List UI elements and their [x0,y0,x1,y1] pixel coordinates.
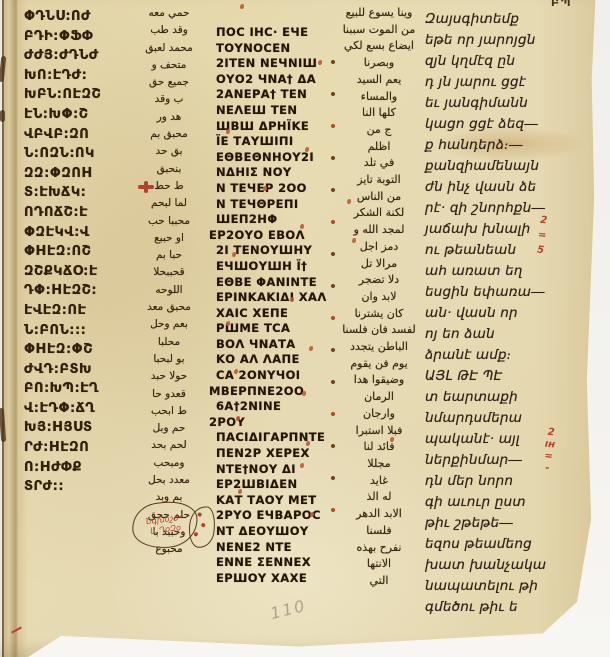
text-line: لما لبحم [125,195,213,212]
text-line: ԽԲՆ:ՈԷԶՇ [24,85,128,105]
text-line: اللوحه [125,282,213,299]
text-line: بو لبحبا [125,351,213,368]
text-line: ԷՎԷԶ:ՈԷ [24,301,128,321]
text-line: ΪΕ ΤΑΥШΙΠΙ [216,134,346,150]
text-line: وبصرنا [339,55,419,72]
text-line: وارجان [339,406,419,423]
manuscript-photo: ΦԴՆՍ:ՈԺԲԴԻ:ΦՖՓԺԺՅ:ԺԴՆԺԽՈ:ԷԴԺ:ԽԲՆ:ՈԷԶՇԷՆ:… [0,0,610,657]
text-line: տ եարտաքի [425,387,595,408]
red-speck [240,4,244,9]
margin-mark-glyph: 2 [539,213,549,229]
text-line: ՎԲՎԲ:ԶՈ [24,125,128,145]
text-line: 2ΙΤΕΝ ΝΕЧΝΙШ [216,56,346,72]
text-line: نفرح بهذه [339,540,419,557]
text-line: ΜΒΕΡΠΝΕ2ΟΟ [209,384,346,400]
ink-dot [331,60,335,64]
red-dot [201,523,206,528]
text-line: ايضاع بسع لكي [339,38,419,55]
margin-mark-glyph: = [543,450,555,463]
text-line: գի աւուր ըստ [425,492,595,513]
text-line: بق حد [125,143,213,160]
text-line: ԲԴԻ:ΦՖՓ [24,27,128,47]
text-line: ան· վասն որ [425,303,595,324]
top-corner-mark: ԲՊ [551,0,573,9]
text-line: նմարդսմերա [425,408,595,429]
text-line: ΤΟΥΝΟCΕΝ [216,41,346,57]
margin-mark-glyph: - [542,462,554,475]
text-line: لكنة الشكر [339,205,419,222]
text-line: متحف و [125,57,213,74]
text-line: والمساء [339,89,419,106]
text-line: مجللا [339,456,419,473]
margin-mark-glyph: 5 [536,243,546,259]
text-line: կացո ցցէ ձեզ― [425,114,595,135]
text-line: ոյ եո ձան [425,324,595,345]
text-line: فبلا استبرا [339,423,419,440]
text-line: Ն:ՈԶՆ:ՈԿ [24,144,128,164]
text-line: 2ΡΟΥ [209,415,346,431]
text-line: Տ:ԷԽՃԿ: [24,183,128,203]
text-line: الرمان [339,389,419,406]
text-line: محبق معد [125,299,213,316]
ink-dot [331,156,335,160]
text-line: եւ յանգիմանն [425,93,595,114]
text-line: ΚΑΤ ΤΑΟΥ ΜΕΤ [216,493,346,509]
text-line: ΕΡШΟΥ ΧΑΧΕ [216,571,346,587]
text-line: في تلد [339,155,419,172]
text-line: թիւ շթեթե― [425,513,595,534]
text-line: قعدو حا [125,386,213,403]
ink-dot [331,92,335,96]
text-line: قحببحلا [125,264,213,281]
ink-dot [331,508,335,512]
column-armenian: Զայսգիտեմքեթե որ յարոյցնզյն կղմէզ ընդ յն… [425,9,595,618]
text-line: ԺՎԴ:ԲՏԽ [24,360,128,380]
text-line: 2Ι ΤΕΝΟΥШΗΥ [216,243,346,259]
text-line: ԷՆ:ԽΦ:Շ [24,105,128,125]
text-line: ՈԴՈՃՇ:Է [24,203,128,223]
column-arabic: وينا يسوع للبيعمن الموت سببناايضاع بسع ل… [339,5,419,590]
text-line: وقد طب [125,22,213,39]
text-line: ومبحب [125,455,213,472]
text-line: وضيقوا هدا [339,372,419,389]
pencil-folio-number: 110 [268,596,308,623]
text-line: Ն:ԲՈՆ::: [24,321,128,341]
text-line: يوم فن يقوم [339,356,419,373]
text-line: كان يشترنا [339,306,419,323]
text-line: ШΕΠ2ΗΦ [216,212,346,228]
text-line: խատ խանչակա [425,555,595,576]
text-line: من الموت سببنا [339,22,419,39]
manuscript-page: ΦԴՆՍ:ՈԺԲԴԻ:ΦՖՓԺԺՅ:ԺԴՆԺԽՈ:ԷԴԺ:ԽԲՆ:ՈԷԶՇԷՆ:… [0,0,610,657]
text-line: ΕΡ2ΟΥΟ ΕΒΟΛ [209,228,346,244]
margin-mark-glyph: = [537,228,547,244]
text-line: حم وبل [125,420,213,437]
text-line: محبق بم [125,126,213,143]
text-line: الباطن يتجدد [339,339,419,356]
text-line: եսցին եփառա― [425,282,595,303]
text-line: ΕΡ2ШΒΙΔΕΝ [216,477,346,493]
text-line: ք հանդերձ։― [425,135,595,156]
text-line: ΠΟC ΙΗC· ΕЧΕ [216,25,346,41]
text-line: րէ· զի շնորհքն― [425,198,595,219]
text-line: ΝΤΕ†ΝΟΥ ΔΙ [216,462,346,478]
text-line: ΦԴՆՍ:ՈԺ [24,7,128,27]
red-dot [194,532,199,537]
text-line: ШΒШ ΔΡΗΪΚΕ [216,119,346,135]
text-line: لفسد فان فلسنا [339,322,419,339]
ink-dot [331,124,335,128]
text-line: ՐԺ:ΗԷԶՈ [24,438,128,458]
text-line: ΟΥΟ2 ЧΝΑ† ΔΑ [216,72,346,88]
text-line: ΠΕΝ2Ρ ΧΕΡΕΧ [216,446,346,462]
ink-dot [331,380,335,384]
ink-dot-separator [331,60,335,512]
text-line: جميع حق [125,74,213,91]
text-line: محببا حب [125,213,213,230]
text-line: محمد لعبق [125,40,213,57]
text-line: يعم السيد [339,72,419,89]
text-line: بعم وحل [125,316,213,333]
text-line: ԶՇՔԿՃՕ:Է [24,262,128,282]
text-line: حمي معه [125,5,213,22]
text-line: ΦΗԷԶ:ՈՇ [24,242,128,262]
text-line: ΠΑCΙΔΙΓΑΡΠΝΤΕ [216,430,346,446]
text-line: ΝΕΝΕ2 ΝΤΕ [216,540,346,556]
text-line: ΕΘΒΕΘΝΗΟΥ2Ι [216,150,346,166]
text-line: محلبا [125,334,213,351]
text-line: ներքինմար― [425,450,595,471]
text-line: لمجد الله و [339,222,419,239]
column-syriac: حمي معهوقد طبمحمد لعبقمتحف وجميع حقب وقد… [125,5,213,559]
text-line: بنحبق [125,161,213,178]
column-coptic: ΠΟC ΙΗC· ΕЧΕΤΟΥΝΟCΕΝ2ΙΤΕΝ ΝΕЧΝΙШΟΥΟ2 ЧΝΑ… [216,25,346,586]
ink-dot [331,316,335,320]
text-line: ΚΟ ΑΛ ΛΑΠΕ [216,352,346,368]
ink-dot [331,188,335,192]
text-line: ب وقد [125,91,213,108]
text-line: Զայսգիտեմք [425,9,595,30]
text-line: من الناس [339,189,419,206]
ink-dot [331,412,335,416]
text-line: ج من [339,122,419,139]
text-line: ԲՈ:ԽՊ:ԷՂ [24,379,128,399]
text-line: حبا بم [125,247,213,264]
text-line: ΧΑΙC ΧΕΠΕ [216,306,346,322]
text-line: ահ առատ եղ [425,261,595,282]
text-line: او حببع [125,230,213,247]
text-line: ԴΦ:ΗԷԶՇ: [24,281,128,301]
text-line: حولا حبد [125,368,213,385]
text-line: اظلم [339,139,419,156]
text-line: ժն ինչ վասն ձե [425,177,595,198]
text-line: ΒΟΛ ЧΝΑΤΑ [216,337,346,353]
text-line: զյն կղմէզ ըն [425,51,595,72]
margin-mark-glyph: ıн [544,439,556,452]
text-line: له الذ [339,489,419,506]
text-line: եթե որ յարոյցն [425,30,595,51]
text-line: معدد بحل [125,472,213,489]
text-line: ԶԶ:ΦԶՈΗ [24,164,128,184]
text-line: դ յն յարու ցցէ [425,72,595,93]
text-line: ΕΘΒΕ ΦΑΝΙΝΤΕ [216,275,346,291]
text-line: كلها النا [339,105,419,122]
text-line: ΝΕΛΕШ ΤΕΝ [216,103,346,119]
text-line: ՏՐԺ:: [24,477,128,497]
text-line: الانتها [339,556,419,573]
text-line: 6Α†2ΝΙΝΕ [216,399,346,415]
text-line: ԱՅԼ ԹԷ ՊԷ [425,366,595,387]
ink-dot [331,348,335,352]
text-line: ΕΝΝΕ ΣΕΝΝΕΧ [216,555,346,571]
ink-dot [331,284,335,288]
text-line: դն մեր նորո [425,471,595,492]
text-line: ԽՅ:ΗՅՍՏ [24,418,128,438]
text-line: գմեծու թիւ ե [425,597,595,618]
text-line: Ν ΤΕЧΘΡΕΠΙ [216,197,346,213]
red-dot [197,512,202,517]
text-line: هد ور [125,109,213,126]
text-line: ու թեանեան [425,240,595,261]
text-line: պականէ· այլ [425,429,595,450]
red-cross-icon [138,181,154,193]
text-line: ΝΔΗΙΣ ΝΟΥ [216,165,346,181]
text-line: ط ابحب [125,403,213,420]
text-line: 2ΑΝΕΡΑ† ΤΕΝ [216,87,346,103]
text-line: ΝΤ ΔΕΟΥШΟΥ [216,524,346,540]
text-line: ԺԺՅ:ԺԴՆԺ [24,46,128,66]
text-line: التي [339,573,419,590]
text-line: ΦԶԷԿՎ:Վ [24,223,128,243]
text-line: التوبة تايز [339,172,419,189]
text-line: ԽՈ:ԷԴԺ: [24,66,128,86]
text-line: دمز اجل [339,239,419,256]
text-line: الابد الدهر [339,506,419,523]
text-line: لابد وان [339,289,419,306]
text-line: նապատելու թի [425,576,595,597]
edge-glyph-fragment [0,110,5,122]
text-line: غايد [339,473,419,490]
ink-dot [331,476,335,480]
text-line: لحم بحد [125,437,213,454]
text-line: ΕΡΙΝΚΑΚΙΔΙ ΧΑΛ [216,290,346,306]
text-line: فلسنا [339,523,419,540]
ink-dot [331,220,335,224]
ink-dot [331,444,335,448]
text-line: Ո:ΗԺՓՔ [24,458,128,478]
text-line: եզոս թեամեոց [425,534,595,555]
text-line: 2ΡΥΟ ΕЧΒΑΡΟC [216,508,346,524]
text-line: وينا يسوع للبيع [339,5,419,22]
text-line: Վ:ԷԴΦ:ՃՂ [24,399,128,419]
text-line: ΕЧШΟΥШΗ Ϊ† [216,259,346,275]
ink-dot [331,252,335,256]
text-line: յաճախ խնալի [425,219,595,240]
text-line: Ν ΤΕЧΕΡ 2ΟΟ [216,181,346,197]
margin-mark-glyph: 2 [545,427,557,440]
text-line: ձրանէ ամք։ [425,345,595,366]
text-line: دلا تضجر [339,272,419,289]
text-line: فائد لنا [339,439,419,456]
text-line: مرالا تل [339,256,419,273]
text-line: ΡШΜΕ ΤCΑ [216,321,346,337]
text-line: ΦΗԷԶ:ΦՇ [24,340,128,360]
text-line: քանզիամենայն [425,156,595,177]
column-ethiopic: ΦԴՆՍ:ՈԺԲԴԻ:ΦՖՓԺԺՅ:ԺԴՆԺԽՈ:ԷԴԺ:ԽԲՆ:ՈԷԶՇԷՆ:… [24,7,128,497]
